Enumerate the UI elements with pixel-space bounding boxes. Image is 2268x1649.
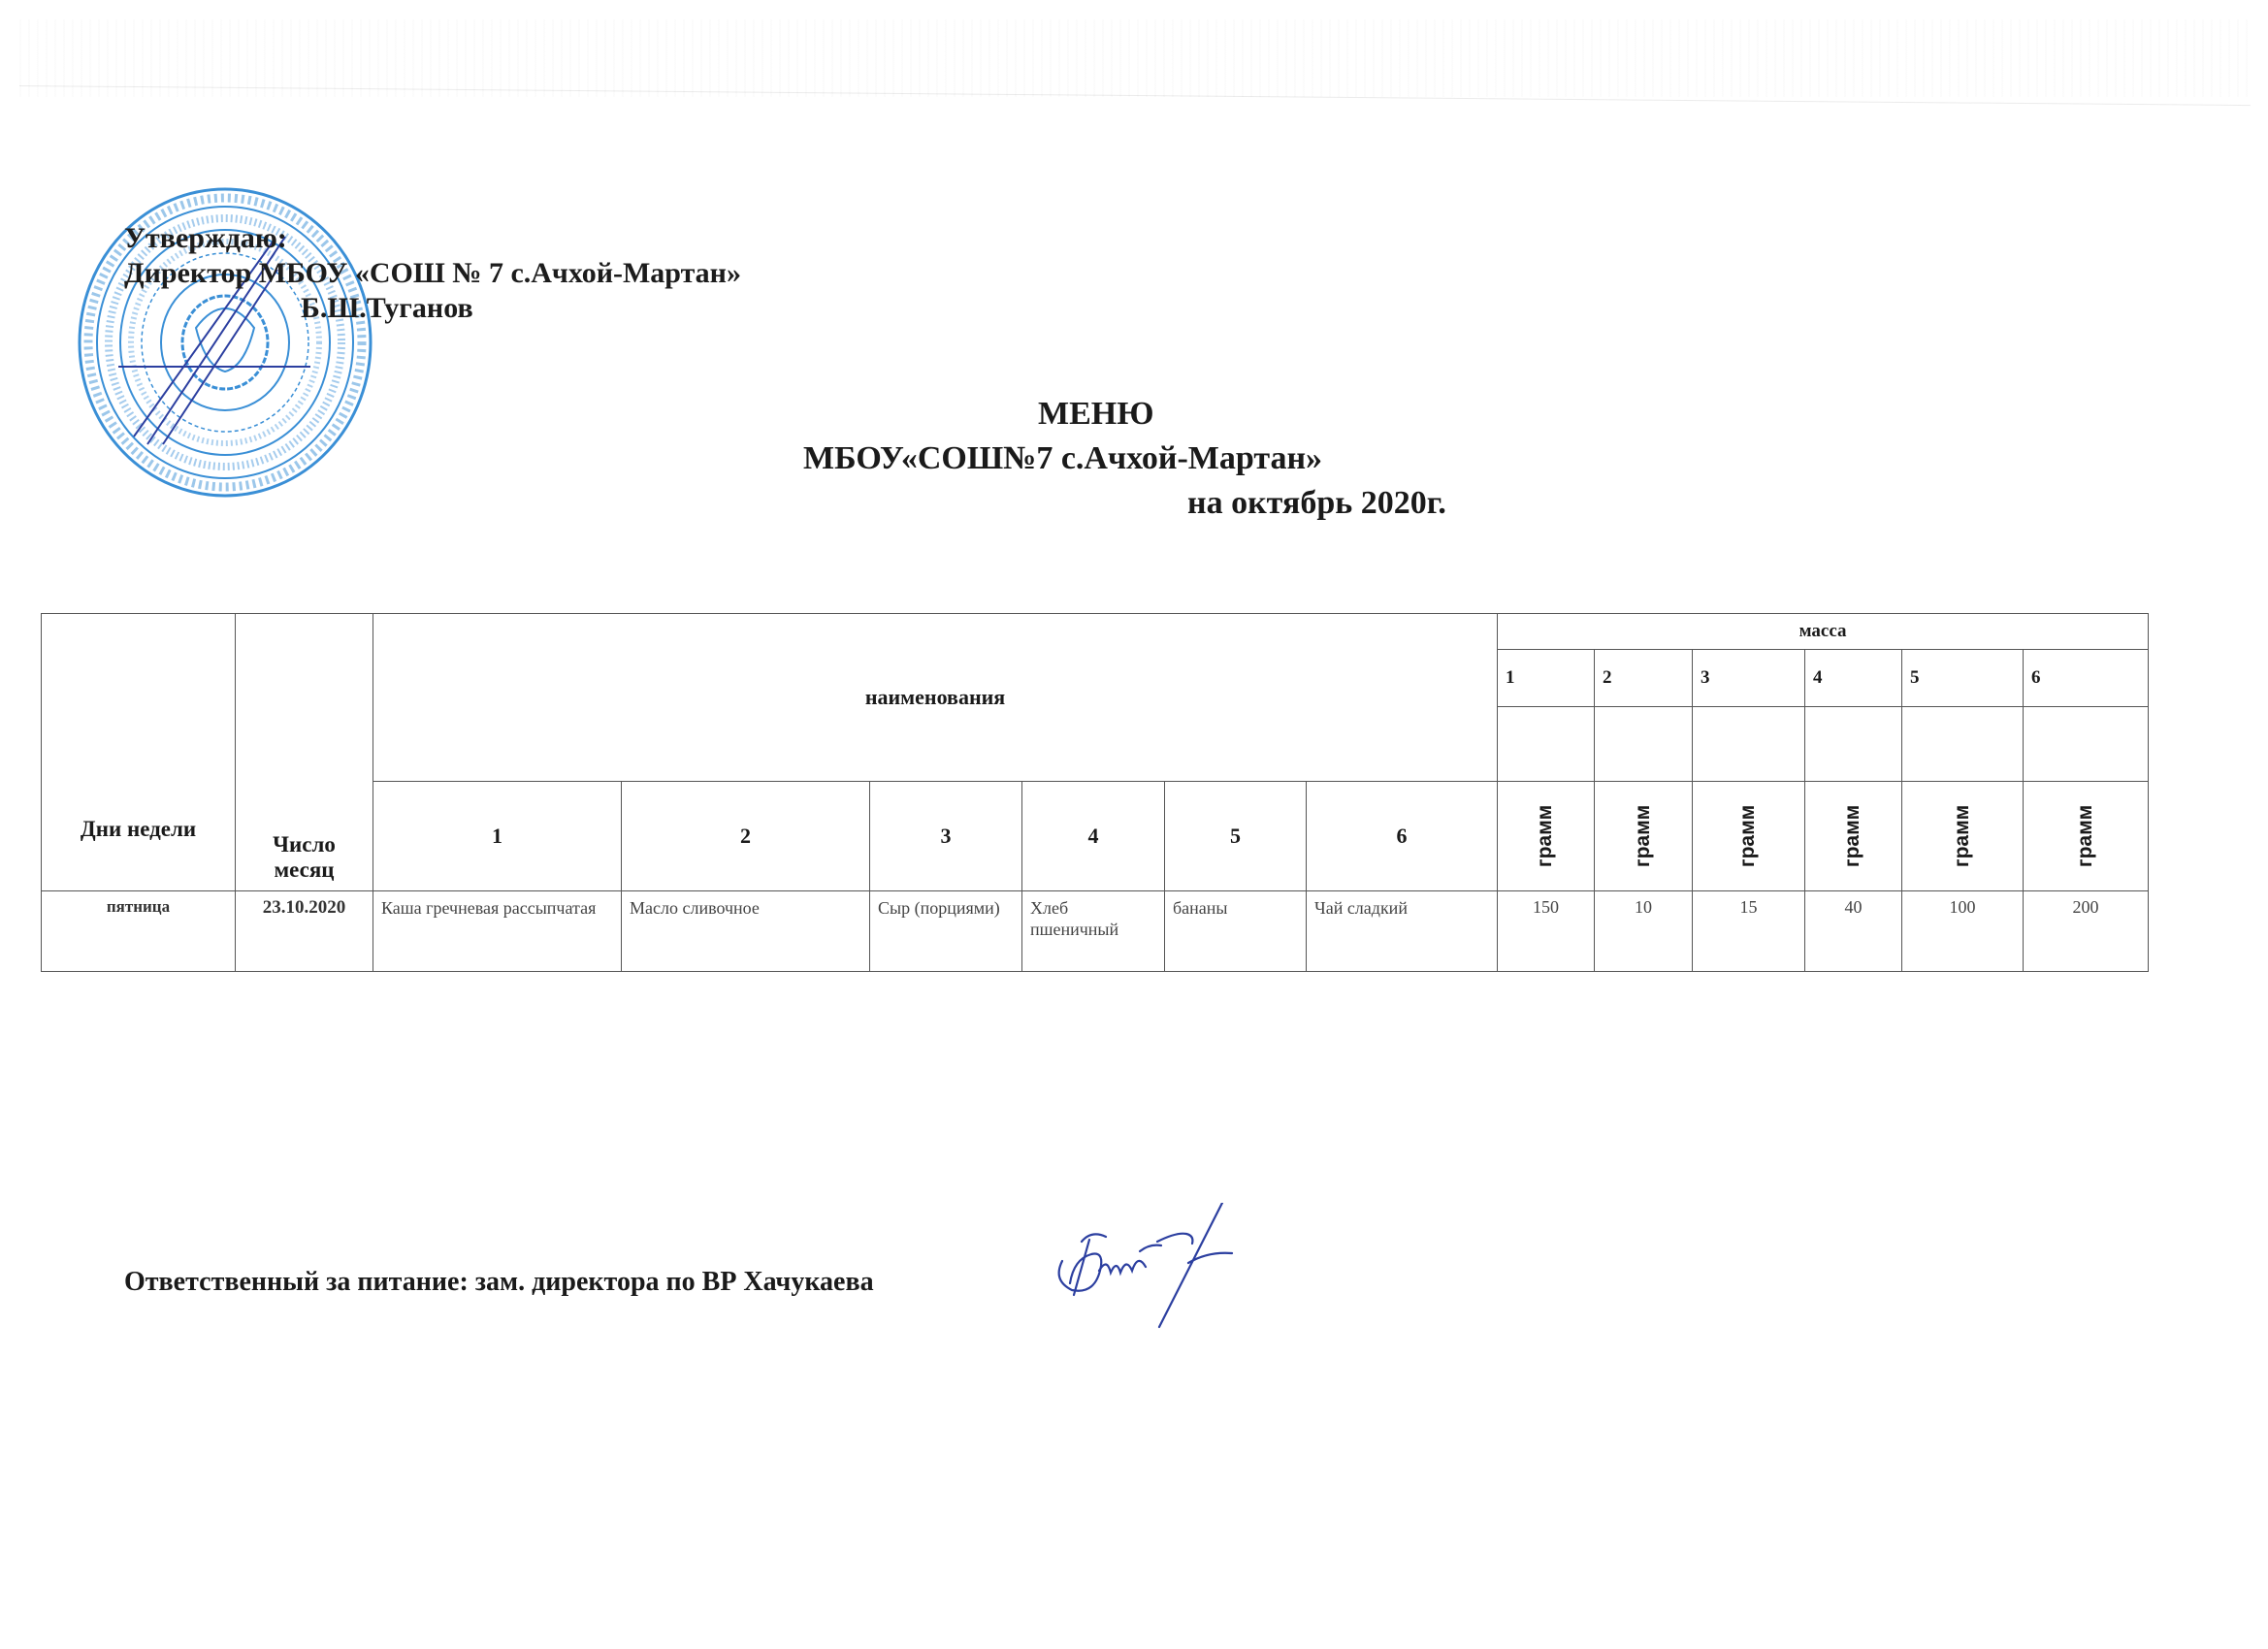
table-row: пятница 23.10.2020 Каша гречневая рассып… [42,891,2149,972]
title-period: на октябрь 2020г. [1187,485,1446,522]
name-num: 4 [1022,782,1165,891]
unit-cell: грамм [1595,782,1693,891]
title-school: МБОУ«СОШ№7 с.Ачхой-Мартан» [803,440,1322,477]
mass-num: 2 [1595,650,1693,707]
unit-cell: грамм [1693,782,1805,891]
header-day: Дни недели [42,614,236,891]
unit-cell: грамм [1805,782,1902,891]
name-num: 6 [1307,782,1498,891]
blank-cell [1595,707,1693,782]
row-mass: 150 [1498,891,1595,972]
unit-cell: грамм [1902,782,2024,891]
row-item: Чай сладкий [1307,891,1498,972]
mass-num: 3 [1693,650,1805,707]
approval-line: Утверждаю: [124,221,741,256]
name-num: 1 [373,782,622,891]
director-name: Б.Ш.Туганов [124,291,741,326]
unit-cell: грамм [2024,782,2149,891]
mass-num: 1 [1498,650,1595,707]
mass-num: 4 [1805,650,1902,707]
row-mass: 10 [1595,891,1693,972]
signature-icon [1043,1203,1247,1329]
responsible-person: Ответственный за питание: зам. директора… [124,1267,874,1298]
row-date: 23.10.2020 [236,891,373,972]
row-item: Хлеб пшеничный [1022,891,1165,972]
unit-label: грамм [1535,805,1558,867]
unit-label: грамм [1632,805,1655,867]
row-item: бананы [1165,891,1307,972]
row-mass: 15 [1693,891,1805,972]
row-item: Масло сливочное [622,891,870,972]
mass-num: 6 [2024,650,2149,707]
row-mass: 100 [1902,891,2024,972]
header-date: Число месяц [236,614,373,891]
approval-block: Утверждаю: Директор МБОУ «СОШ № 7 с.Ачхо… [124,221,741,326]
row-mass: 40 [1805,891,1902,972]
menu-table: Дни недели Число месяц наименования масс… [41,613,2149,972]
blank-cell [1693,707,1805,782]
row-item: Каша гречневая рассыпчатая [373,891,622,972]
name-num: 2 [622,782,870,891]
name-num: 3 [870,782,1022,891]
header-mass: масса [1498,614,2149,650]
row-mass: 200 [2024,891,2149,972]
blank-cell [1498,707,1595,782]
header-names: наименования [373,614,1498,782]
unit-label: грамм [1842,805,1865,867]
blank-cell [1805,707,1902,782]
row-item: Сыр (порциями) [870,891,1022,972]
unit-label: грамм [2074,805,2097,867]
director-line: Директор МБОУ «СОШ № 7 с.Ачхой-Мартан» [124,256,741,291]
unit-label: грамм [1951,805,1974,867]
blank-cell [2024,707,2149,782]
row-day: пятница [42,891,236,972]
title-menu: МЕНЮ [1038,396,1154,433]
unit-label: грамм [1737,805,1761,867]
blank-cell [1902,707,2024,782]
unit-cell: грамм [1498,782,1595,891]
name-num: 5 [1165,782,1307,891]
scan-noise [19,19,2251,97]
mass-num: 5 [1902,650,2024,707]
